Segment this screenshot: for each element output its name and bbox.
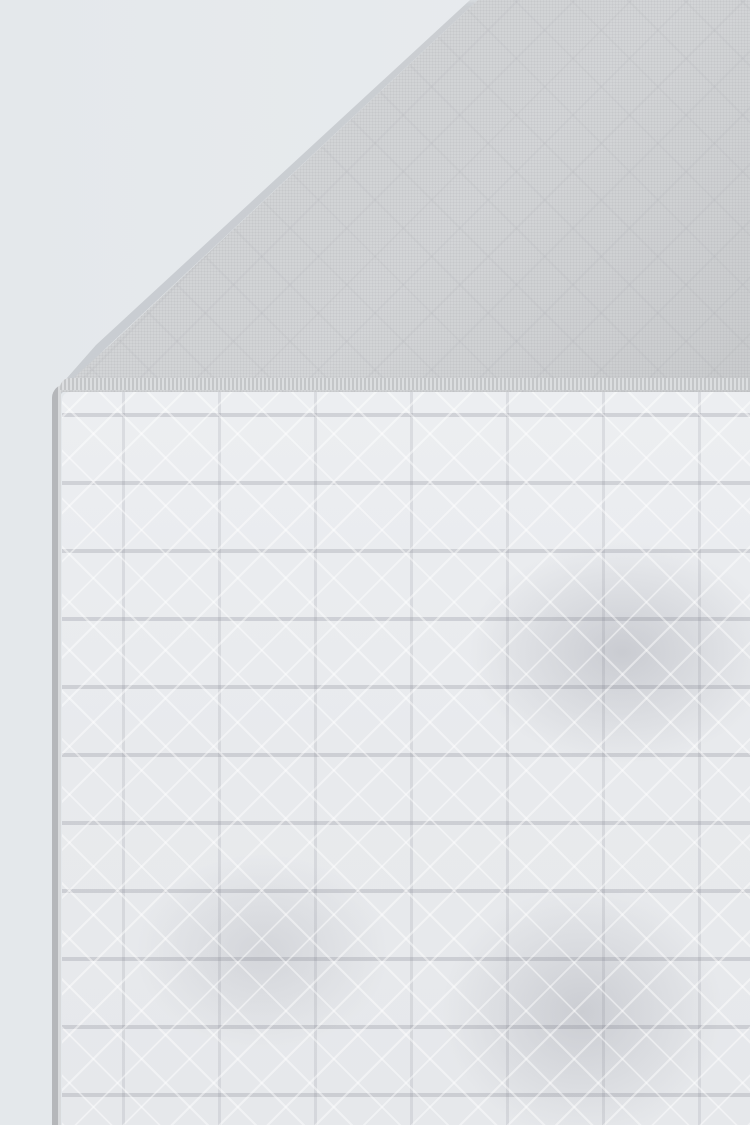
rug-binding-top (60, 378, 750, 390)
rug-pile-face (62, 392, 750, 1125)
